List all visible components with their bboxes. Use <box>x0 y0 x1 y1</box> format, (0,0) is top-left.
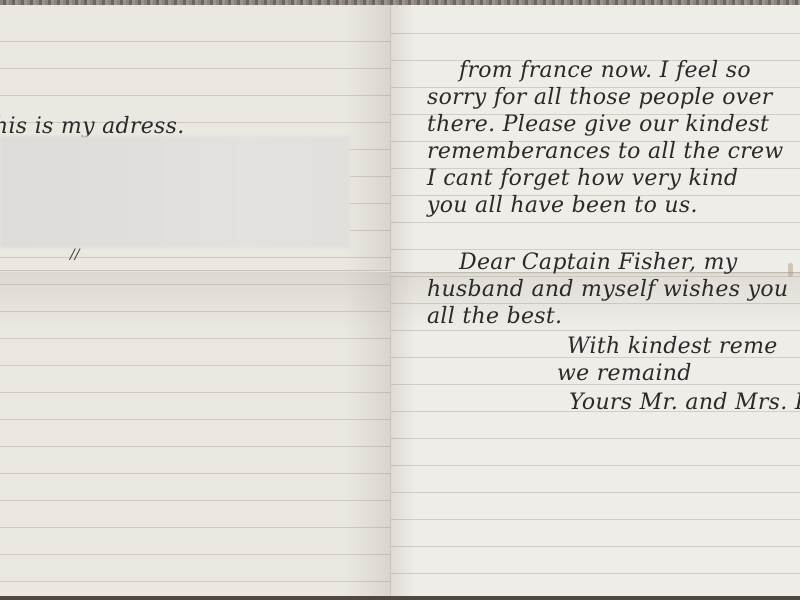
body-line-4: rememberances to all the crew <box>427 138 783 165</box>
letter-right-page: from france now. I feel so sorry for all… <box>390 5 800 597</box>
letter-left-page: his is my adress. // <box>0 5 390 597</box>
body-line-1: from france now. I feel so <box>459 57 751 84</box>
signature-line: Yours Mr. and Mrs. F. <box>569 389 800 416</box>
body-line-3: there. Please give our kindest <box>427 111 769 138</box>
closing-line-1: With kindest reme <box>567 333 778 360</box>
redacted-address-block <box>0 136 350 248</box>
closing-line-2: we remaind <box>557 360 692 387</box>
fold-shadow <box>0 272 390 332</box>
background-surface-bottom <box>0 596 800 600</box>
ink-mark: // <box>70 247 79 263</box>
paragraph2-line-1: Dear Captain Fisher, my <box>459 249 738 276</box>
body-line-5: I cant forget how very kind <box>427 165 738 192</box>
paragraph2-line-2: husband and myself wishes you <box>427 276 788 303</box>
paper-stain <box>788 263 793 277</box>
paragraph2-line-3: all the best. <box>427 303 562 330</box>
body-line-2: sorry for all those people over <box>427 84 773 111</box>
body-line-6: you all have been to us. <box>427 192 698 219</box>
